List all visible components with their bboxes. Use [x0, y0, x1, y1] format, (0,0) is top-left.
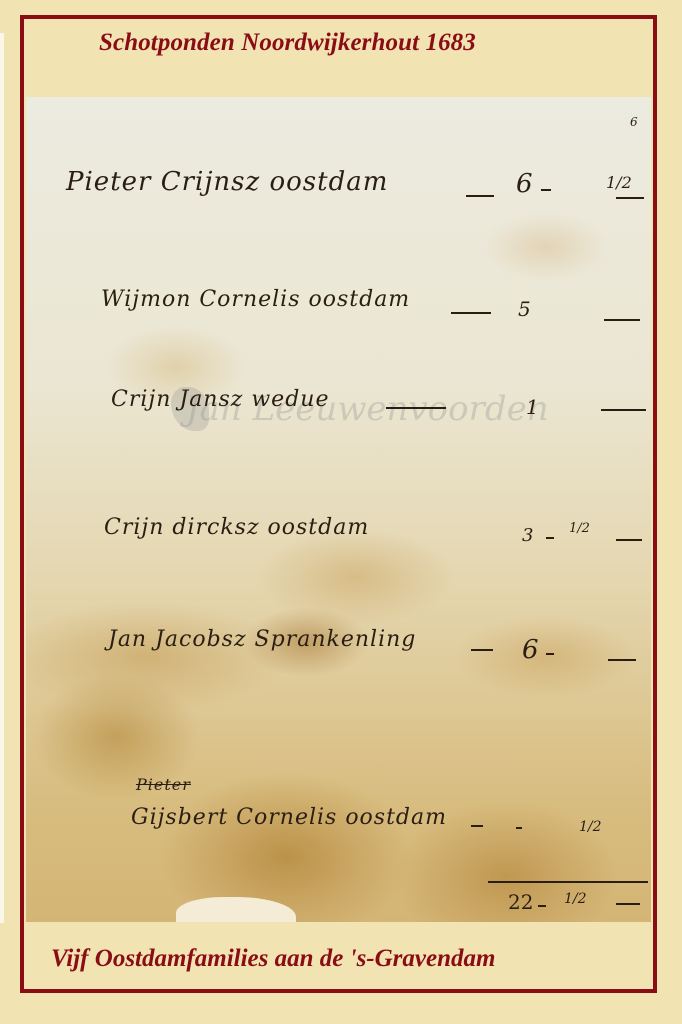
paper-damage: [176, 897, 296, 922]
leader-line: [471, 649, 493, 651]
entry-name: Jan Jacobsz Sprankenling: [108, 627, 416, 652]
leader-line: [604, 319, 640, 321]
entry-fraction: 1/2: [606, 175, 632, 191]
manuscript-scan: Jan Leeuwenvoorden 6 Pieter Crijnsz oost…: [26, 97, 651, 922]
leader-line: [608, 659, 636, 661]
leader-line: [451, 312, 491, 314]
entry-name: Crijn Jansz wedue: [111, 387, 329, 412]
entry-fraction: 1/2: [579, 819, 602, 835]
left-edge-strip: [0, 33, 4, 923]
entry-amount: 6: [516, 169, 533, 199]
leader-line: [616, 197, 644, 199]
leader-line: [616, 903, 640, 905]
page-number: 6: [630, 115, 638, 129]
page-title: Schotponden Noordwijkerhout 1683: [99, 29, 476, 57]
leader-line: [471, 825, 483, 827]
struck-name: Pieter: [136, 775, 191, 794]
leader-line: [386, 407, 446, 409]
leader-line: [541, 189, 551, 191]
caption: Vijf Oostdamfamilies aan de 's-Gravendam: [51, 945, 495, 973]
leader-line: [616, 539, 642, 541]
total-amount: 22: [508, 890, 533, 914]
total-fraction: 1/2: [564, 891, 587, 907]
leader-line: [538, 905, 546, 907]
entry-amount: 3: [522, 525, 533, 546]
entry-name: Gijsbert Cornelis oostdam: [131, 805, 447, 830]
entry-name: Wijmon Cornelis oostdam: [101, 287, 410, 312]
total-rule: [488, 881, 648, 883]
entry-name: Pieter Crijnsz oostdam: [66, 167, 388, 197]
entry-fraction: 1/2: [569, 521, 590, 537]
leader-line: [516, 827, 522, 829]
leader-line: [546, 537, 554, 539]
entry-amount: 5: [518, 297, 531, 321]
leader-line: [601, 409, 646, 411]
leader-line: [466, 195, 494, 197]
entry-amount: 1: [526, 395, 539, 419]
entry-name: Crijn dircksz oostdam: [104, 515, 369, 540]
entry-amount: 6: [522, 635, 539, 665]
leader-line: [546, 653, 554, 655]
document-frame: Schotponden Noordwijkerhout 1683 Jan Lee…: [20, 15, 657, 993]
